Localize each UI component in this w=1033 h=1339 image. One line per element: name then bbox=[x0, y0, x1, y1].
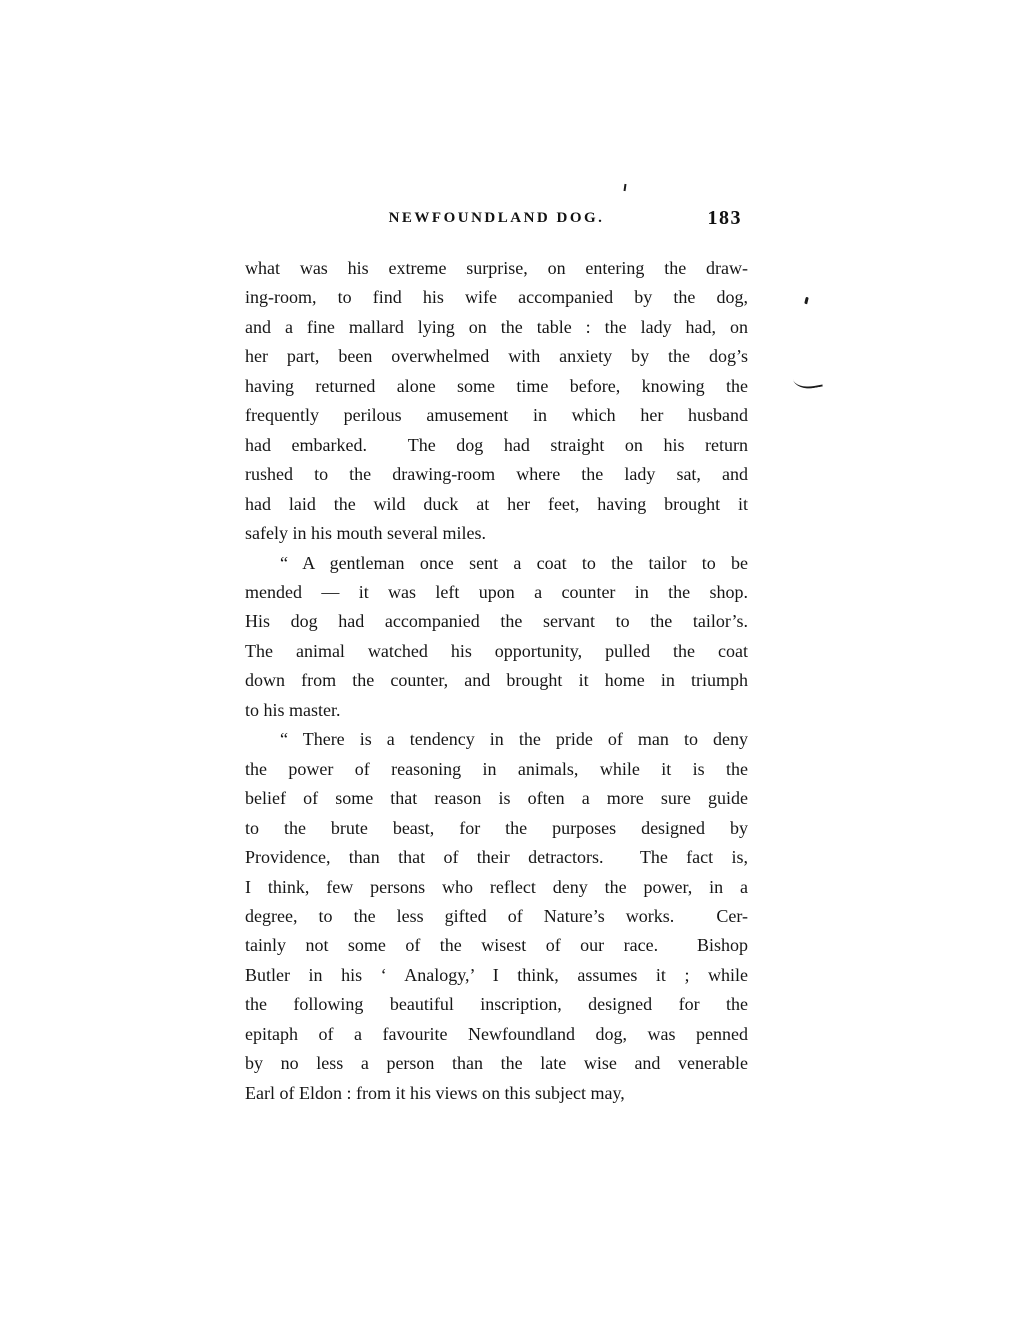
text-line: her part, been overwhelmed with anxiety … bbox=[245, 342, 748, 371]
text-line: to his master. bbox=[245, 696, 748, 725]
text-line: to the brute beast, for the purposes des… bbox=[245, 814, 748, 843]
text-line: “ A gentleman once sent a coat to the ta… bbox=[245, 549, 748, 578]
text-line: down from the counter, and brought it ho… bbox=[245, 666, 748, 695]
text-line: by no less a person than the late wise a… bbox=[245, 1049, 748, 1078]
text-line: Earl of Eldon : from it his views on thi… bbox=[245, 1079, 748, 1108]
text-line: safely in his mouth several miles. bbox=[245, 519, 748, 548]
text-line: epitaph of a favourite Newfoundland dog,… bbox=[245, 1020, 748, 1049]
text-line: tainly not some of the wisest of our rac… bbox=[245, 931, 748, 960]
text-line: His dog had accompanied the servant to t… bbox=[245, 607, 748, 636]
running-header: NEWFOUNDLAND DOG. 183 bbox=[245, 207, 748, 233]
text-line: and a fine mallard lying on the table : … bbox=[245, 313, 748, 342]
text-line: rushed to the drawing-room where the lad… bbox=[245, 460, 748, 489]
text-line: ing-room, to find his wife accompanied b… bbox=[245, 283, 748, 312]
text-line: frequently perilous amusement in which h… bbox=[245, 401, 748, 430]
text-line: the following beautiful inscription, des… bbox=[245, 990, 748, 1019]
body-text: what was his extreme surprise, on enteri… bbox=[245, 254, 748, 1108]
text-line: having returned alone some time before, … bbox=[245, 372, 748, 401]
page-number: 183 bbox=[708, 207, 743, 230]
text-line: had laid the wild duck at her feet, havi… bbox=[245, 490, 748, 519]
text-line: The animal watched his opportunity, pull… bbox=[245, 637, 748, 666]
text-line: Providence, than that of their detractor… bbox=[245, 843, 748, 872]
text-line: mended — it was left upon a counter in t… bbox=[245, 578, 748, 607]
text-line: “ There is a tendency in the pride of ma… bbox=[245, 725, 748, 754]
running-title: NEWFOUNDLAND DOG. bbox=[245, 210, 748, 227]
text-line: had embarked. The dog had straight on hi… bbox=[245, 431, 748, 460]
text-line: degree, to the less gifted of Nature’s w… bbox=[245, 902, 748, 931]
scan-artifact-tick bbox=[624, 184, 627, 191]
text-line: Butler in his ‘ Analogy,’ I think, assum… bbox=[245, 961, 748, 990]
text-line: what was his extreme surprise, on enteri… bbox=[245, 254, 748, 283]
scanned-book-page: NEWFOUNDLAND DOG. 183 what was his extre… bbox=[0, 0, 1033, 1339]
text-line: I think, few persons who reflect deny th… bbox=[245, 873, 748, 902]
scan-artifact-slash bbox=[793, 375, 823, 392]
scan-artifact-speck bbox=[804, 297, 809, 305]
text-line: belief of some that reason is often a mo… bbox=[245, 784, 748, 813]
text-line: the power of reasoning in animals, while… bbox=[245, 755, 748, 784]
